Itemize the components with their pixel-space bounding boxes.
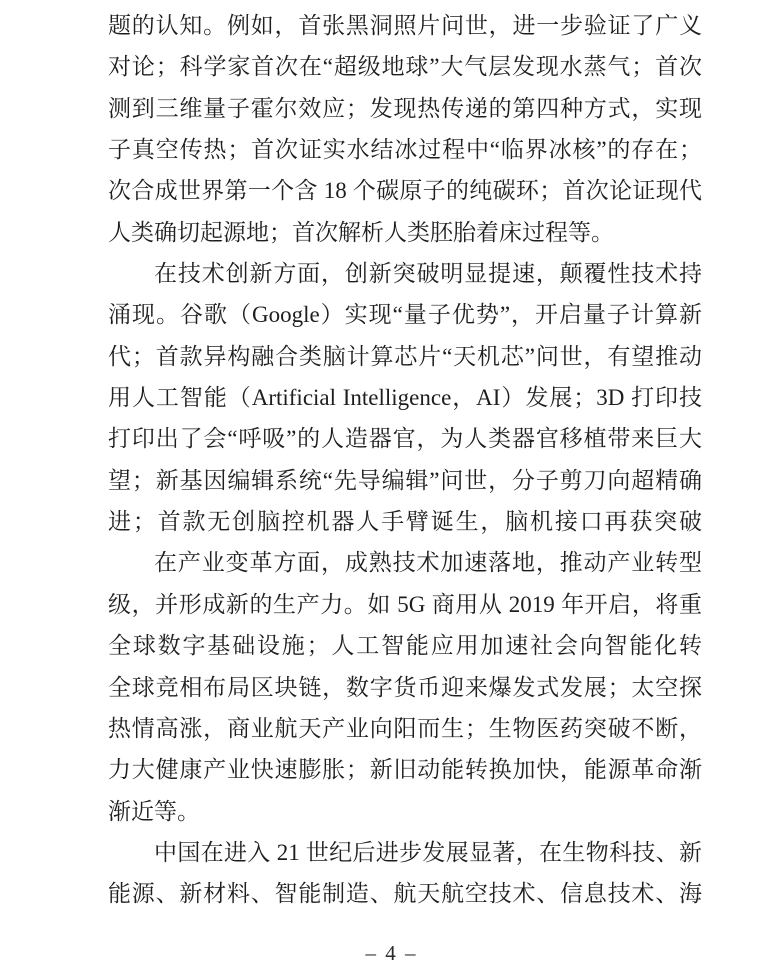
text-line: 代；首款异构融合类脑计算芯片“天机芯”问世，有望推动通 — [108, 336, 702, 377]
text-line: 涌现。谷歌（Google）实现“量子优势”，开启量子计算新时 — [108, 294, 702, 335]
text-line: 在技术创新方面，创新突破明显提速，颠覆性技术持续 — [108, 253, 702, 294]
text-line: 次合成世界第一个含 18 个碳原子的纯碳环；首次论证现代 — [108, 170, 702, 211]
text-line: 能源、新材料、智能制造、航天航空技术、信息技术、海洋 — [108, 873, 702, 914]
page-text: 题的认知。例如，首张黑洞照片问世，进一步验证了广义相对论；科学家首次在“超级地球… — [108, 5, 702, 915]
text-line: 望；新基因编辑系统“先导编辑”问世，分子剪刀向超精确迈 — [108, 460, 702, 501]
text-line: 用人工智能（Artificial Intelligence，AI）发展；3D 打… — [108, 377, 702, 418]
text-line: 级，并形成新的生产力。如 5G 商用从 2019 年开启，将重构 — [108, 584, 702, 625]
text-line: 热情高涨，商业航天产业向阳而生；生物医药突破不断，助 — [108, 708, 702, 749]
text-line: 进；首款无创脑控机器人手臂诞生，脑机接口再获突破等。 — [108, 501, 702, 542]
text-line: 力大健康产业快速膨胀；新旧动能转换加快，能源革命渐行 — [108, 749, 702, 790]
text-line: 全球竞相布局区块链，数字货币迎来爆发式发展；太空探索 — [108, 667, 702, 708]
text-line: 打印出了会“呼吸”的人造器官，为人类器官移植带来巨大期 — [108, 418, 702, 459]
text-line: 对论；科学家首次在“超级地球”大气层发现水蒸气；首次观 — [108, 46, 702, 87]
text-line: 人类确切起源地；首次解析人类胚胎着床过程等。 — [108, 212, 702, 253]
document-page: 题的认知。例如，首张黑洞照片问世，进一步验证了广义相对论；科学家首次在“超级地球… — [0, 0, 783, 972]
text-line: 子真空传热；首次证实水结冰过程中“临界冰核”的存在；首 — [108, 129, 702, 170]
text-line: 测到三维量子霍尔效应；发现热传递的第四种方式，实现声 — [108, 88, 702, 129]
text-line: 题的认知。例如，首张黑洞照片问世，进一步验证了广义相 — [108, 5, 702, 46]
page-number: – 4 – — [0, 941, 783, 966]
text-line: 在产业变革方面，成熟技术加速落地，推动产业转型升 — [108, 542, 702, 583]
text-line: 中国在进入 21 世纪后进步发展显著，在生物科技、新 — [108, 832, 702, 873]
text-line: 全球数字基础设施；人工智能应用加速社会向智能化转型； — [108, 625, 702, 666]
text-line: 渐近等。 — [108, 791, 702, 832]
